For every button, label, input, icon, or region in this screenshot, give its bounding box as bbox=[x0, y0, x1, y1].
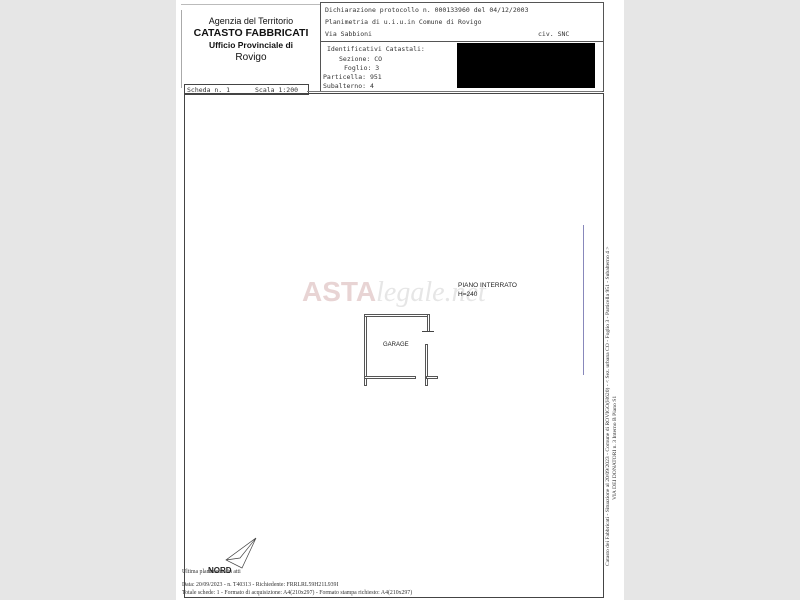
footer-format-line: Totale schede: 1 - Formato di acquisizio… bbox=[182, 590, 412, 596]
wall-east-lower bbox=[425, 344, 428, 386]
foglio-value: Foglio: 3 bbox=[344, 64, 379, 72]
civic-number: civ. SNC bbox=[538, 30, 569, 38]
sezione-value: Sezione: CO bbox=[339, 55, 382, 63]
frame-top-line bbox=[307, 91, 602, 92]
watermark-prefix: A bbox=[302, 276, 322, 307]
garage-floor-plan bbox=[364, 314, 430, 386]
door-mark bbox=[422, 331, 434, 332]
declaration-box: Dichiarazione protocollo n. 000133960 de… bbox=[320, 2, 604, 42]
agency-name: Agenzia del Territorio bbox=[176, 16, 326, 26]
catasto-title: CATASTO FABBRICATI bbox=[176, 27, 326, 39]
height-label: H=240 bbox=[458, 291, 477, 298]
left-border-line bbox=[181, 10, 182, 88]
plan-title: Planimetria di u.i.u.in Comune di Rovigo bbox=[325, 18, 482, 26]
watermark-strong: STA bbox=[322, 276, 376, 307]
subalterno-value: Subalterno: 4 bbox=[323, 82, 374, 90]
floor-label: PIANO INTERRATO bbox=[458, 282, 517, 289]
identifiers-box: Identificativi Catastali: Sezione: CO Fo… bbox=[320, 41, 604, 92]
margin-mark-line bbox=[583, 225, 584, 375]
side-address-text: VIA DEI DONATORI n. 3 Interno B Piano S1 bbox=[612, 396, 618, 500]
redacted-block bbox=[457, 43, 595, 88]
cadastral-plan-page: Agenzia del Territorio CATASTO FABBRICAT… bbox=[176, 0, 624, 600]
office-city: Rovigo bbox=[176, 52, 326, 63]
wall-south bbox=[364, 376, 416, 379]
north-label: NORD bbox=[208, 566, 232, 575]
side-cadastre-text: Catasto dei Fabbricati - Situazione al 2… bbox=[605, 247, 611, 567]
footer-request-line: Data: 20/09/2023 - n. T40313 - Richieden… bbox=[182, 582, 338, 588]
room-label-garage: GARAGE bbox=[383, 342, 409, 348]
office-label: Ufficio Provinciale di bbox=[176, 40, 326, 50]
wall-south-east bbox=[426, 376, 438, 379]
particella-value: Particella: 951 bbox=[323, 73, 382, 81]
top-border-line bbox=[181, 4, 321, 5]
street-address: Via Sabbioni bbox=[325, 30, 372, 38]
identifiers-label: Identificativi Catastali: bbox=[327, 45, 425, 53]
wall-north bbox=[364, 314, 430, 317]
declaration-protocol: Dichiarazione protocollo n. 000133960 de… bbox=[325, 6, 529, 14]
wall-east-upper bbox=[427, 314, 430, 332]
agency-header: Agenzia del Territorio CATASTO FABBRICAT… bbox=[176, 16, 326, 63]
